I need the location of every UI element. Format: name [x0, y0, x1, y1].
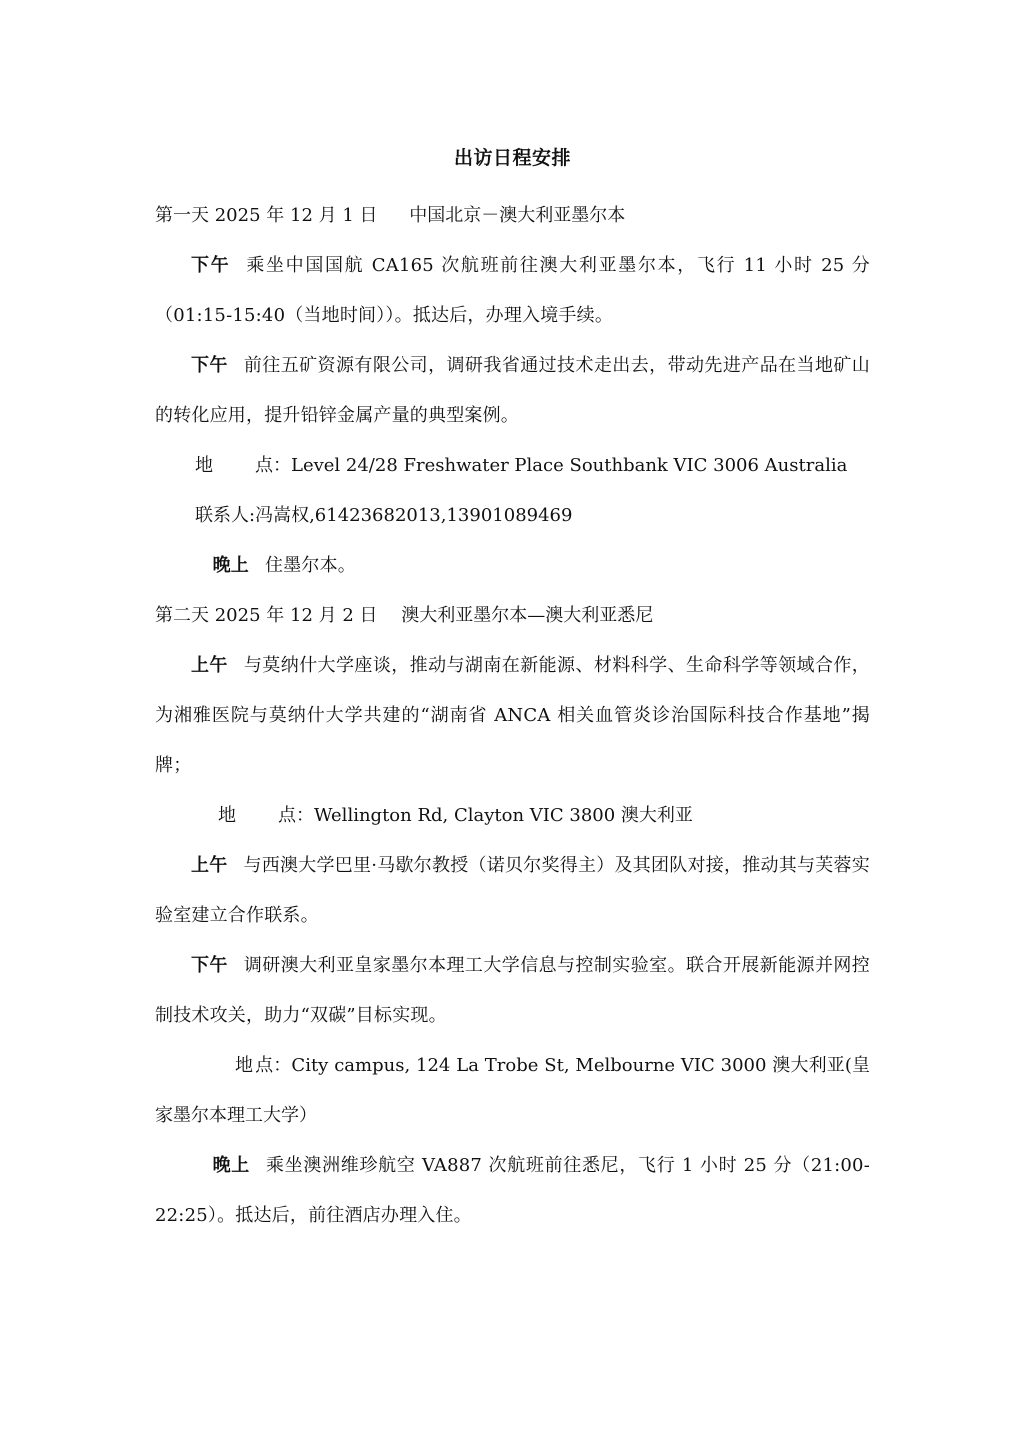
location-label-2: 点： [255, 455, 291, 476]
day-2-item-2: 上午与西澳大学巴里·马歇尔教授（诺贝尔奖得主）及其团队对接，推动其与芙蓉实验室建… [155, 841, 870, 941]
day-1-heading: 第一天 2025 年 12 月 1 日 中国北京－澳大利亚墨尔本 [155, 191, 870, 241]
item-text: 乘坐中国国航 CA165 次航班前往澳大利亚墨尔本，飞行 11 小时 25 分（… [155, 255, 870, 326]
day-2-label: 第二天 [155, 605, 209, 626]
location-label-2: 点： [255, 1055, 291, 1076]
day-1-item-1: 下午乘坐中国国航 CA165 次航班前往澳大利亚墨尔本，飞行 11 小时 25 … [155, 241, 870, 341]
day-1-item-2: 下午前往五矿资源有限公司，调研我省通过技术走出去，带动先进产品在当地矿山的转化应… [155, 341, 870, 441]
day-1-route: 中国北京－澳大利亚墨尔本 [409, 205, 625, 226]
day-2-item-1: 上午与莫纳什大学座谈，推动与湖南在新能源、材料科学、生命科学等领域合作，为湘雅医… [155, 641, 870, 791]
day-2-date: 2025 年 12 月 2 日 [215, 605, 378, 626]
location-label-1: 地 [195, 441, 255, 491]
day-1-evening: 晚上住墨尔本。 [155, 541, 870, 591]
location-label-1: 地 [218, 791, 278, 841]
item-text: 住墨尔本。 [265, 555, 356, 576]
item-text: 与西澳大学巴里·马歇尔教授（诺贝尔奖得主）及其团队对接，推动其与芙蓉实验室建立合… [155, 855, 870, 926]
day-2-heading: 第二天 2025 年 12 月 2 日 澳大利亚墨尔本—澳大利亚悉尼 [155, 591, 870, 641]
location-label-2: 点： [278, 805, 314, 826]
day-2-item-3: 下午调研澳大利亚皇家墨尔本理工大学信息与控制实验室。联合开展新能源并网控制技术攻… [155, 941, 870, 1041]
day-2-location-1: 地点：Wellington Rd, Clayton VIC 3800 澳大利亚 [155, 791, 870, 841]
day-1-label: 第一天 [155, 205, 209, 226]
location-value: Level 24/28 Freshwater Place Southbank V… [291, 455, 847, 476]
location-label-1: 地 [195, 1041, 255, 1091]
item-text: 与莫纳什大学座谈，推动与湖南在新能源、材料科学、生命科学等领域合作，为湘雅医院与… [155, 655, 870, 776]
day-1-location: 地点：Level 24/28 Freshwater Place Southban… [155, 441, 870, 491]
item-text: 调研澳大利亚皇家墨尔本理工大学信息与控制实验室。联合开展新能源并网控制技术攻关，… [155, 955, 870, 1026]
time-label: 下午 [191, 255, 230, 276]
document-page: 出访日程安排 第一天 2025 年 12 月 1 日 中国北京－澳大利亚墨尔本 … [155, 140, 870, 1241]
day-2-location-2: 地点：City campus, 124 La Trobe St, Melbour… [155, 1041, 870, 1141]
time-label: 上午 [191, 855, 228, 876]
time-label: 下午 [191, 955, 228, 976]
item-text: 乘坐澳洲维珍航空 VA887 次航班前往悉尼，飞行 1 小时 25 分（21:0… [155, 1155, 870, 1226]
day-2-section: 第二天 2025 年 12 月 2 日 澳大利亚墨尔本—澳大利亚悉尼 上午与莫纳… [155, 591, 870, 1241]
time-label: 晚上 [213, 1155, 250, 1176]
document-title: 出访日程安排 [155, 140, 870, 176]
day-1-contact: 联系人:冯嵩权,61423682013,13901089469 [155, 491, 870, 541]
time-label: 上午 [191, 655, 228, 676]
day-1-date: 2025 年 12 月 1 日 [215, 205, 378, 226]
time-label: 晚上 [213, 555, 249, 576]
location-value: Wellington Rd, Clayton VIC 3800 澳大利亚 [314, 805, 693, 826]
item-text: 前往五矿资源有限公司，调研我省通过技术走出去，带动先进产品在当地矿山的转化应用，… [155, 355, 870, 426]
time-label: 下午 [191, 355, 228, 376]
day-2-route: 澳大利亚墨尔本—澳大利亚悉尼 [401, 605, 653, 626]
day-2-evening: 晚上乘坐澳洲维珍航空 VA887 次航班前往悉尼，飞行 1 小时 25 分（21… [155, 1141, 870, 1241]
day-1-section: 第一天 2025 年 12 月 1 日 中国北京－澳大利亚墨尔本 下午乘坐中国国… [155, 191, 870, 591]
